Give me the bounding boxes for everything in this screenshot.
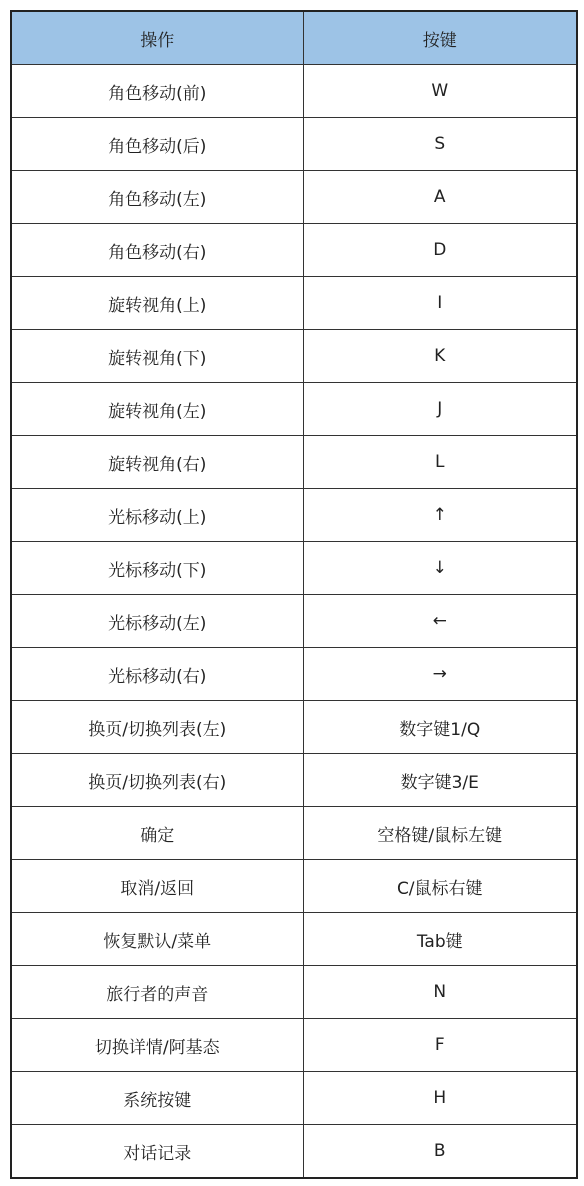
table-row: 旅行者的声音N [11, 966, 577, 1019]
action-cell: 旋转视角(下) [11, 330, 303, 383]
table-row: 换页/切换列表(右)数字键3/E [11, 754, 577, 807]
header-key: 按键 [303, 11, 577, 65]
table-row: 旋转视角(右)L [11, 436, 577, 489]
key-cell: 数字键1/Q [303, 701, 577, 754]
key-cell: I [303, 277, 577, 330]
table-row: 旋转视角(上)I [11, 277, 577, 330]
key-cell: F [303, 1019, 577, 1072]
header-action: 操作 [11, 11, 303, 65]
action-cell: 角色移动(后) [11, 118, 303, 171]
table-row: 角色移动(前)W [11, 65, 577, 118]
key-cell: W [303, 65, 577, 118]
action-cell: 旋转视角(上) [11, 277, 303, 330]
action-cell: 恢复默认/菜单 [11, 913, 303, 966]
key-cell: → [303, 648, 577, 701]
table-row: 恢复默认/菜单Tab键 [11, 913, 577, 966]
action-cell: 光标移动(下) [11, 542, 303, 595]
key-cell: A [303, 171, 577, 224]
action-cell: 光标移动(右) [11, 648, 303, 701]
key-cell: L [303, 436, 577, 489]
key-cell: Tab键 [303, 913, 577, 966]
key-cell: K [303, 330, 577, 383]
key-cell: N [303, 966, 577, 1019]
table-row: 光标移动(右)→ [11, 648, 577, 701]
key-cell: ↓ [303, 542, 577, 595]
action-cell: 对话记录 [11, 1125, 303, 1179]
table-row: 对话记录B [11, 1125, 577, 1179]
action-cell: 确定 [11, 807, 303, 860]
table-row: 光标移动(上)↑ [11, 489, 577, 542]
table-row: 角色移动(左)A [11, 171, 577, 224]
table-row: 系统按键H [11, 1072, 577, 1125]
table-row: 旋转视角(下)K [11, 330, 577, 383]
key-cell: D [303, 224, 577, 277]
action-cell: 光标移动(左) [11, 595, 303, 648]
action-cell: 切换详情/阿基态 [11, 1019, 303, 1072]
table-row: 光标移动(下)↓ [11, 542, 577, 595]
action-cell: 旋转视角(左) [11, 383, 303, 436]
action-cell: 角色移动(前) [11, 65, 303, 118]
table-row: 取消/返回C/鼠标右键 [11, 860, 577, 913]
key-cell: H [303, 1072, 577, 1125]
table-row: 角色移动(右)D [11, 224, 577, 277]
key-cell: C/鼠标右键 [303, 860, 577, 913]
table-row: 换页/切换列表(左)数字键1/Q [11, 701, 577, 754]
action-cell: 旋转视角(右) [11, 436, 303, 489]
table-header-row: 操作 按键 [11, 11, 577, 65]
action-cell: 取消/返回 [11, 860, 303, 913]
table-row: 旋转视角(左)J [11, 383, 577, 436]
key-cell: B [303, 1125, 577, 1179]
action-cell: 光标移动(上) [11, 489, 303, 542]
table-row: 光标移动(左)← [11, 595, 577, 648]
table-row: 确定空格键/鼠标左键 [11, 807, 577, 860]
table-row: 切换详情/阿基态F [11, 1019, 577, 1072]
action-cell: 换页/切换列表(左) [11, 701, 303, 754]
table-row: 角色移动(后)S [11, 118, 577, 171]
key-cell: 空格键/鼠标左键 [303, 807, 577, 860]
key-cell: 数字键3/E [303, 754, 577, 807]
action-cell: 系统按键 [11, 1072, 303, 1125]
action-cell: 角色移动(左) [11, 171, 303, 224]
action-cell: 旅行者的声音 [11, 966, 303, 1019]
key-cell: ← [303, 595, 577, 648]
action-cell: 角色移动(右) [11, 224, 303, 277]
key-cell: ↑ [303, 489, 577, 542]
action-cell: 换页/切换列表(右) [11, 754, 303, 807]
keybinding-table: 操作 按键 角色移动(前)W角色移动(后)S角色移动(左)A角色移动(右)D旋转… [10, 10, 578, 1179]
key-cell: J [303, 383, 577, 436]
key-cell: S [303, 118, 577, 171]
